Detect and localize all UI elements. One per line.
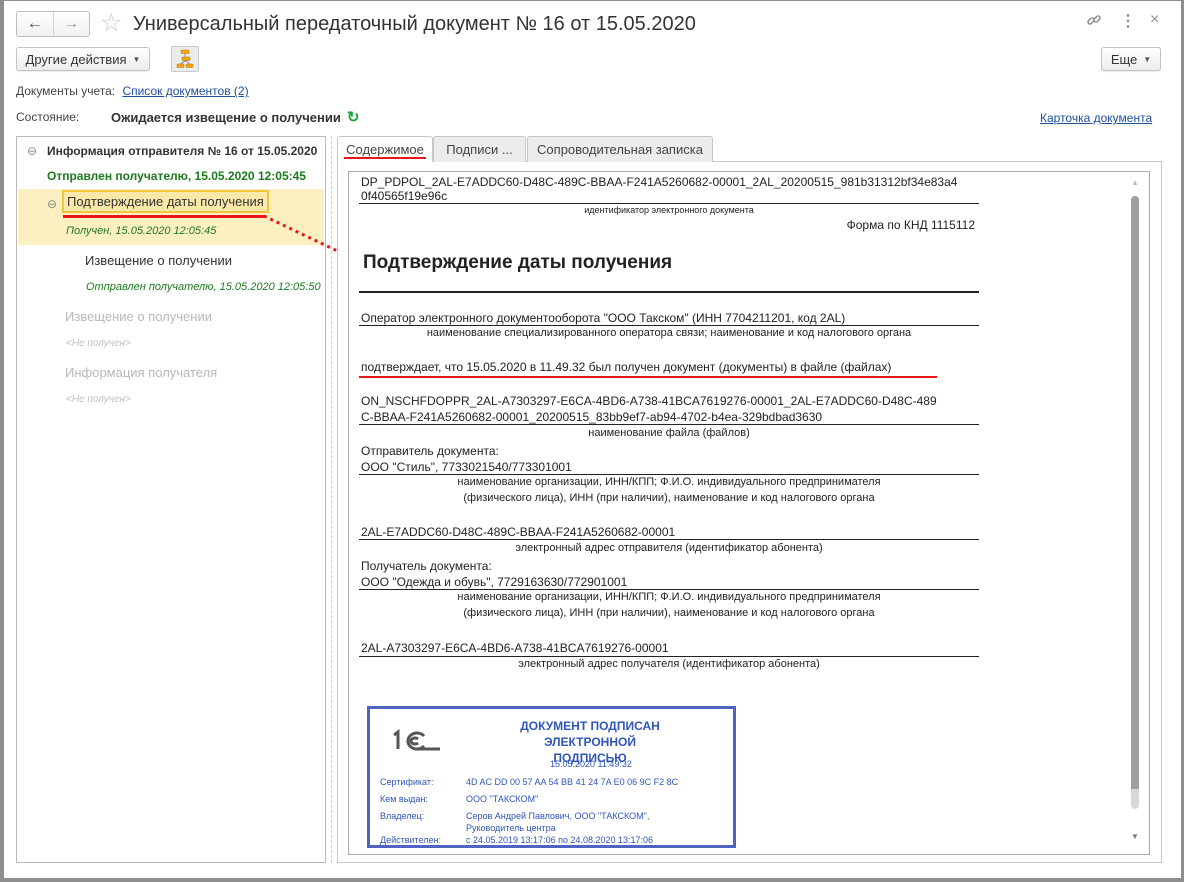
sender-caption-1: наименование организации, ИНН/КПП; Ф.И.О… xyxy=(359,476,979,488)
collapse-icon[interactable]: ⊖ xyxy=(47,197,57,211)
tree-item-status: <Не получен> xyxy=(66,394,325,405)
sender-value: ООО "Стиль", 7733021540/773301001 xyxy=(361,460,572,474)
scroll-thumb[interactable] xyxy=(1131,196,1139,806)
sender-label: Отправитель документа: xyxy=(361,444,499,458)
back-button[interactable]: ← xyxy=(17,12,53,36)
file-name-line2: C-BBAA-F241A5260682-00001_20200515_83bb9… xyxy=(361,410,822,424)
tab-content-label: Содержимое xyxy=(346,142,424,157)
chevron-down-icon: ▼ xyxy=(133,55,141,64)
tab-signatures-label: Подписи ... xyxy=(446,142,512,157)
other-actions-label: Другие действия xyxy=(26,52,127,67)
operator-text: Оператор электронного документооборота "… xyxy=(361,311,845,325)
more-menu-icon[interactable]: ⋮ xyxy=(1120,11,1136,31)
recipient-caption-2: (физического лица), ИНН (при наличии), н… xyxy=(359,607,979,619)
1c-logo-icon xyxy=(390,727,442,753)
divider xyxy=(359,474,979,475)
window-title: Универсальный передаточный документ № 16… xyxy=(133,10,696,38)
operator-caption: наименование специализированного операто… xyxy=(359,327,979,339)
recipient-value: ООО "Одежда и обувь", 7729163630/7729010… xyxy=(361,575,627,589)
hierarchy-icon xyxy=(172,47,198,71)
chevron-down-icon: ▼ xyxy=(1143,55,1151,64)
stamp-owner-label: Владелец: xyxy=(380,811,424,821)
structure-tree-button[interactable] xyxy=(171,46,199,72)
stamp-title-line1: ДОКУМЕНТ ПОДПИСАН xyxy=(510,718,670,734)
divider xyxy=(359,325,979,326)
state-label: Состояние: xyxy=(16,110,79,124)
other-actions-button[interactable]: Другие действия▼ xyxy=(16,47,150,71)
documents-label: Документы учета: xyxy=(16,84,115,98)
vertical-scrollbar[interactable]: ▲ ▼ xyxy=(1127,172,1149,854)
annotation-underline xyxy=(359,376,937,378)
favorite-star-icon[interactable]: ☆ xyxy=(100,9,122,37)
state-row: Ожидается извещение о получении↻ xyxy=(111,108,359,126)
stamp-cert-value: 4D AC DD 00 57 AA 54 BB 41 24 7A E0 06 9… xyxy=(466,777,678,787)
file-name-caption: наименование файла (файлов) xyxy=(359,427,979,439)
collapse-icon[interactable]: ⊖ xyxy=(27,144,37,158)
stamp-cert-label: Сертификат: xyxy=(380,777,433,787)
close-icon[interactable]: × xyxy=(1150,11,1159,29)
tree-item-pending-notice[interactable]: Извещение о получении xyxy=(65,309,325,324)
annotation-underline xyxy=(344,157,426,159)
stamp-owner-line2: Руководитель центра xyxy=(466,823,556,833)
tree-item-status: <Не получен> xyxy=(66,338,325,349)
recipient-caption-1: наименование организации, ИНН/КПП; Ф.И.О… xyxy=(359,591,979,603)
tree-item-sender-info[interactable]: Информация отправителя № 16 от 15.05.202… xyxy=(47,144,325,158)
divider xyxy=(359,539,979,540)
document-card-link[interactable]: Карточка документа xyxy=(1040,111,1152,125)
tree-item-receipt-confirmation[interactable]: Подтверждение даты получения xyxy=(62,190,269,213)
sender-address-caption: электронный адрес отправителя (идентифик… xyxy=(359,542,979,554)
stamp-valid-value: с 24.05.2019 13:17:06 по 24.08.2020 13:1… xyxy=(466,835,653,845)
divider xyxy=(359,656,979,657)
stamp-datetime: 15.05.2020 11:49:32 xyxy=(550,759,632,769)
doc-id-line2: 0f40565f19e96c xyxy=(361,189,447,203)
stamp-owner-line1: Серов Андрей Павлович, ООО "ТАКСКОМ", xyxy=(466,811,649,821)
tree-item-status: Отправлен получателю, 15.05.2020 12:05:4… xyxy=(47,169,325,183)
confirmation-text: подтверждает, что 15.05.2020 в 11.49.32 … xyxy=(361,360,891,374)
tab-cover-note-label: Сопроводительная записка xyxy=(537,142,703,157)
doc-heading: Подтверждение даты получения xyxy=(363,252,672,274)
tree-item-status: Отправлен получателю, 15.05.2020 12:05:5… xyxy=(86,281,325,293)
refresh-icon[interactable]: ↻ xyxy=(347,109,360,126)
doc-id-line1: DP_PDPOL_2AL-E7ADDC60-D48C-489C-BBAA-F24… xyxy=(361,175,957,189)
arrow-left-icon: ← xyxy=(27,15,43,33)
stamp-issuer-label: Кем выдан: xyxy=(380,794,428,804)
recipient-label: Получатель документа: xyxy=(361,559,492,573)
tree-item-recipient-info[interactable]: Информация получателя xyxy=(65,365,325,380)
tab-cover-note[interactable]: Сопроводительная записка xyxy=(527,136,713,162)
scroll-up-icon[interactable]: ▲ xyxy=(1131,178,1139,187)
more-button[interactable]: Еще▼ xyxy=(1101,47,1161,71)
divider xyxy=(359,291,979,293)
recipient-address-caption: электронный адрес получателя (идентифика… xyxy=(359,658,979,670)
scroll-thumb-end xyxy=(1131,789,1139,809)
recipient-address: 2AL-A7303297-E6CA-4BD6-A738-41BCA7619276… xyxy=(361,641,669,655)
stamp-valid-label: Действителен: xyxy=(380,835,441,845)
divider xyxy=(359,424,979,425)
divider xyxy=(359,589,979,590)
sender-caption-2: (физического лица), ИНН (при наличии), н… xyxy=(359,492,979,504)
more-label: Еще xyxy=(1111,52,1137,67)
forward-button[interactable]: → xyxy=(53,12,90,36)
form-code: Форма по КНД 1115112 xyxy=(847,218,975,232)
link-icon[interactable] xyxy=(1086,12,1102,33)
tab-signatures[interactable]: Подписи ... xyxy=(433,136,526,162)
document-viewer: DP_PDPOL_2AL-E7ADDC60-D48C-489C-BBAA-F24… xyxy=(348,171,1150,855)
arrow-right-icon: → xyxy=(63,15,79,33)
navigation-buttons: ← → xyxy=(16,11,90,37)
documents-list-link[interactable]: Список документов (2) xyxy=(122,84,248,98)
state-value: Ожидается извещение о получении xyxy=(111,110,341,125)
documents-row: Документы учета: Список документов (2) xyxy=(16,84,249,98)
doc-id-caption: идентификатор электронного документа xyxy=(359,205,979,215)
divider xyxy=(359,203,979,204)
signature-stamp: ДОКУМЕНТ ПОДПИСАН ЭЛЕКТРОННОЙ ПОДПИСЬЮ 1… xyxy=(367,706,736,848)
sender-address: 2AL-E7ADDC60-D48C-489C-BBAA-F241A5260682… xyxy=(361,525,675,539)
stamp-issuer-value: ООО "ТАКСКОМ" xyxy=(466,794,538,804)
annotation-underline xyxy=(63,215,265,218)
scroll-down-icon[interactable]: ▼ xyxy=(1131,832,1139,841)
file-name-line1: ON_NSCHFDOPPR_2AL-A7303297-E6CA-4BD6-A73… xyxy=(361,394,937,408)
